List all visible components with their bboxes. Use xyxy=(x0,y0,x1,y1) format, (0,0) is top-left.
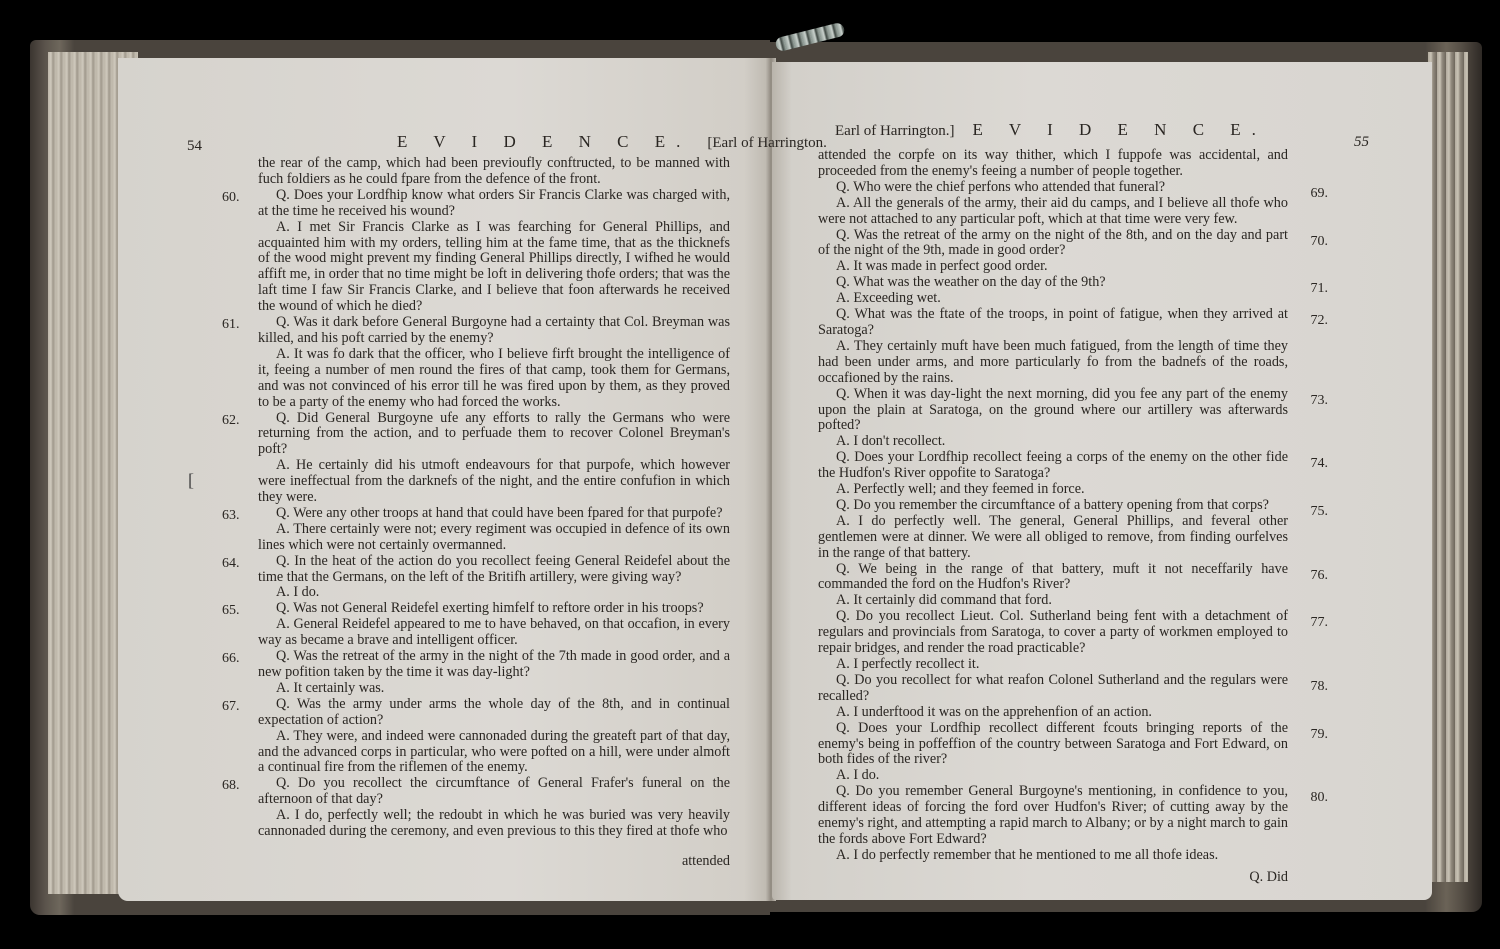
entry-80: 80. Q. Do you remember General Burgoyne'… xyxy=(818,784,1288,864)
entry-number: 77. xyxy=(1311,615,1329,631)
entry-67: 67. Q. Was the army under arms the whole… xyxy=(258,697,730,777)
entry-number: 69. xyxy=(1311,186,1329,202)
entry-63: 63. Q. Were any other troops at hand tha… xyxy=(258,506,730,554)
entry-number: 78. xyxy=(1311,679,1329,695)
answer-text: A. They certainly muft have been much fa… xyxy=(818,339,1288,387)
entry-number: 61. xyxy=(222,317,240,333)
question-text: Q. Do you recollect the circumftance of … xyxy=(258,776,730,808)
right-running-head: Earl of Harrington.] E V I D E N C E. xyxy=(835,120,1267,140)
right-catchword: Q. Did xyxy=(818,870,1288,886)
answer-text: A. It certainly was. xyxy=(258,681,730,697)
entry-number: 66. xyxy=(222,651,240,667)
answer-text: A. They were, and indeed were cannonaded… xyxy=(258,729,730,777)
entry-number: 68. xyxy=(222,778,240,794)
answer-text: A. Perfectly well; and they feemed in fo… xyxy=(818,482,1288,498)
answer-text: A. I do perfectly well. The general, Gen… xyxy=(818,514,1288,562)
left-page-text: the rear of the camp, which had been pre… xyxy=(258,156,730,884)
entry-70: 70. Q. Was the retreat of the army on th… xyxy=(818,228,1288,276)
question-text: Q. Do you remember the circumftance of a… xyxy=(818,498,1288,514)
answer-text: A. I underftood it was on the apprehenfi… xyxy=(818,705,1288,721)
question-text: Q. Was not General Reidefel exerting him… xyxy=(258,601,730,617)
question-text: Q. Does your Lordfhip recollect differen… xyxy=(818,721,1288,769)
entry-65: 65. Q. Was not General Reidefel exerting… xyxy=(258,601,730,649)
question-text: Q. Was it dark before General Burgoyne h… xyxy=(258,315,730,347)
entry-number: 63. xyxy=(222,508,240,524)
question-text: Q. Do you remember General Burgoyne's me… xyxy=(818,784,1288,848)
right-continuation: attended the corpfe on its way thither, … xyxy=(818,148,1288,180)
answer-text: A. It certainly did command that ford. xyxy=(818,593,1288,609)
entry-number: 75. xyxy=(1311,504,1329,520)
answer-text: A. I do. xyxy=(258,585,730,601)
entry-75: 75. Q. Do you remember the circumftance … xyxy=(818,498,1288,562)
entry-number: 71. xyxy=(1311,281,1329,297)
left-continuation: the rear of the camp, which had been pre… xyxy=(258,156,730,188)
question-text: Q. Who were the chief perfons who attend… xyxy=(818,180,1288,196)
entry-number: 62. xyxy=(222,413,240,429)
right-page-number: 55 xyxy=(1354,134,1369,151)
left-running-title: E V I D E N C E. xyxy=(397,132,691,151)
question-text: Q. Were any other troops at hand that co… xyxy=(258,506,730,522)
left-running-name: [Earl of Harrington. xyxy=(707,135,827,151)
question-text: Q. In the heat of the action do you reco… xyxy=(258,554,730,586)
answer-text: A. I don't recollect. xyxy=(818,434,1288,450)
right-running-title: E V I D E N C E. xyxy=(973,120,1267,139)
answer-text: A. All the generals of the army, their a… xyxy=(818,196,1288,228)
question-text: Q. Did General Burgoyne ufe any efforts … xyxy=(258,411,730,459)
answer-text: A. It was made in perfect good order. xyxy=(818,259,1288,275)
question-text: Q. Does your Lordfhip recollect feeing a… xyxy=(818,450,1288,482)
entry-number: 60. xyxy=(222,190,240,206)
question-text: Q. Does your Lordfhip know what orders S… xyxy=(258,188,730,220)
entry-64: 64. Q. In the heat of the action do you … xyxy=(258,554,730,602)
question-text: Q. Do you recollect Lieut. Col. Sutherla… xyxy=(818,609,1288,657)
entry-62: 62. Q. Did General Burgoyne ufe any effo… xyxy=(258,411,730,506)
entry-69: 69. Q. Who were the chief perfons who at… xyxy=(818,180,1288,228)
question-text: Q. Was the retreat of the army in the ni… xyxy=(258,649,730,681)
margin-mark: [ xyxy=(188,470,194,491)
left-catchword: attended xyxy=(258,854,730,870)
entry-60: 60. Q. Does your Lordfhip know what orde… xyxy=(258,188,730,315)
left-running-head: E V I D E N C E. [Earl of Harrington. xyxy=(397,132,827,152)
entry-number: 80. xyxy=(1311,790,1329,806)
entry-number: 74. xyxy=(1311,456,1329,472)
open-book: 54 E V I D E N C E. [Earl of Harrington.… xyxy=(0,0,1500,949)
answer-text: A. I do. xyxy=(818,768,1288,784)
answer-text: A. General Reidefel appeared to me to ha… xyxy=(258,617,730,649)
answer-text: A. I perfectly recollect it. xyxy=(818,657,1288,673)
entry-73: 73. Q. When it was day-light the next mo… xyxy=(818,387,1288,451)
entry-number: 79. xyxy=(1311,727,1329,743)
answer-text: A. Exceeding wet. xyxy=(818,291,1288,307)
right-page-text: attended the corpfe on its way thither, … xyxy=(818,148,1288,900)
entry-76: 76. Q. We being in the range of that bat… xyxy=(818,562,1288,610)
entry-number: 76. xyxy=(1311,568,1329,584)
entry-number: 73. xyxy=(1311,393,1329,409)
entry-79: 79. Q. Does your Lordfhip recollect diff… xyxy=(818,721,1288,785)
entry-77: 77. Q. Do you recollect Lieut. Col. Suth… xyxy=(818,609,1288,673)
answer-text: A. I do, perfectly well; the redoubt in … xyxy=(258,808,730,840)
question-text: Q. We being in the range of that battery… xyxy=(818,562,1288,594)
question-text: Q. What was the ftate of the troops, in … xyxy=(818,307,1288,339)
entry-66: 66. Q. Was the retreat of the army in th… xyxy=(258,649,730,697)
right-running-name: Earl of Harrington.] xyxy=(835,123,955,139)
entry-74: 74. Q. Does your Lordfhip recollect feei… xyxy=(818,450,1288,498)
page-edges-right xyxy=(1428,52,1468,882)
entry-68: 68. Q. Do you recollect the circumftance… xyxy=(258,776,730,840)
entry-61: 61. Q. Was it dark before General Burgoy… xyxy=(258,315,730,410)
entry-number: 64. xyxy=(222,556,240,572)
answer-text: A. I met Sir Francis Clarke as I was fea… xyxy=(258,220,730,315)
question-text: Q. When it was day-light the next mornin… xyxy=(818,387,1288,435)
entry-78: 78. Q. Do you recollect for what reafon … xyxy=(818,673,1288,721)
entry-71: 71. Q. What was the weather on the day o… xyxy=(818,275,1288,307)
question-text: Q. Do you recollect for what reafon Colo… xyxy=(818,673,1288,705)
left-page-number: 54 xyxy=(187,138,202,155)
answer-text: A. It was fo dark that the officer, who … xyxy=(258,347,730,411)
entry-number: 67. xyxy=(222,699,240,715)
answer-text: A. He certainly did his utmoft endeavour… xyxy=(258,458,730,506)
answer-text: A. There certainly were not; every regim… xyxy=(258,522,730,554)
entry-72: 72. Q. What was the ftate of the troops,… xyxy=(818,307,1288,387)
question-text: Q. What was the weather on the day of th… xyxy=(818,275,1288,291)
question-text: Q. Was the army under arms the whole day… xyxy=(258,697,730,729)
answer-text: A. I do perfectly remember that he menti… xyxy=(818,848,1288,864)
entry-number: 72. xyxy=(1311,313,1329,329)
question-text: Q. Was the retreat of the army on the ni… xyxy=(818,228,1288,260)
entry-number: 70. xyxy=(1311,234,1329,250)
entry-number: 65. xyxy=(222,603,240,619)
